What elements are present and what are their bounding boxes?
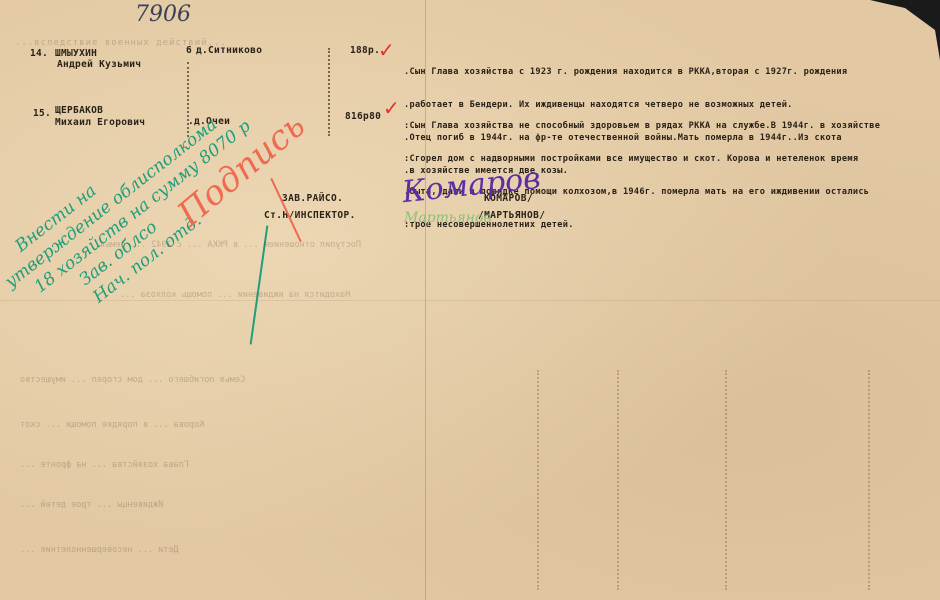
bleed-column-separator xyxy=(617,370,621,590)
column-separator xyxy=(328,48,334,136)
bleed-through-line: Находится на иждивении ... помощь колхоз… xyxy=(120,290,350,300)
entry-place: д.Ситниково xyxy=(196,45,262,56)
archive-page-number: 7906 xyxy=(135,2,191,27)
entry-number: 15. xyxy=(33,108,51,119)
red-check-mark: ✓ xyxy=(378,38,395,62)
handwritten-signature-inspector: Мартьянов xyxy=(404,210,492,226)
archival-document-page: 7906 ...вследствие военных действий... 1… xyxy=(0,0,940,600)
red-check-mark: ✓ xyxy=(383,96,400,120)
bleed-through-line: Семья погибшего ... дом сгорел ... имуще… xyxy=(20,375,245,385)
paper-fold-horizontal xyxy=(0,300,940,301)
bleed-through-line: Иждивенцы ... трое детей ... xyxy=(20,500,163,510)
signature-head-title: ЗАВ.РАЙСО. xyxy=(282,193,343,204)
signature-inspector-title: Ст.Н/ИНСПЕКТОР. xyxy=(264,210,356,221)
bleed-through-line: Поступил отношением ... в РККА ... с 194… xyxy=(100,240,361,250)
bleed-column-separator xyxy=(537,370,541,590)
entry-given-names: Андрей Кузьмич xyxy=(57,59,141,70)
entry-given-names: Михаил Егорович xyxy=(55,117,145,128)
entry-place-prefix: 6 xyxy=(186,45,192,56)
bleed-through-line: Корова ... в порядке помощи ... скот xyxy=(20,420,204,430)
bleed-column-separator xyxy=(868,370,872,590)
bleed-through-line: Глава хозяйства ... на фронте ... xyxy=(20,460,189,470)
bleed-column-separator xyxy=(725,370,729,590)
description-line: .Сын Глава хозяйства с 1923 г. рождения … xyxy=(404,67,847,78)
entry-amount: 188р. xyxy=(350,45,380,56)
entry-number: 14. xyxy=(30,48,48,59)
entry-surname: ШМЫУХИН xyxy=(55,48,97,59)
description-line: :Сгорел дом с надворными постройками все… xyxy=(404,154,880,165)
bleed-through-line: Дети ... несовершеннолетние ... xyxy=(20,545,179,555)
entry-amount: 816р80 xyxy=(345,111,381,122)
description-line: :Сын Глава хозяйства не способный здоров… xyxy=(404,121,880,132)
entry-surname: ЩЕРБАКОВ xyxy=(55,105,103,116)
